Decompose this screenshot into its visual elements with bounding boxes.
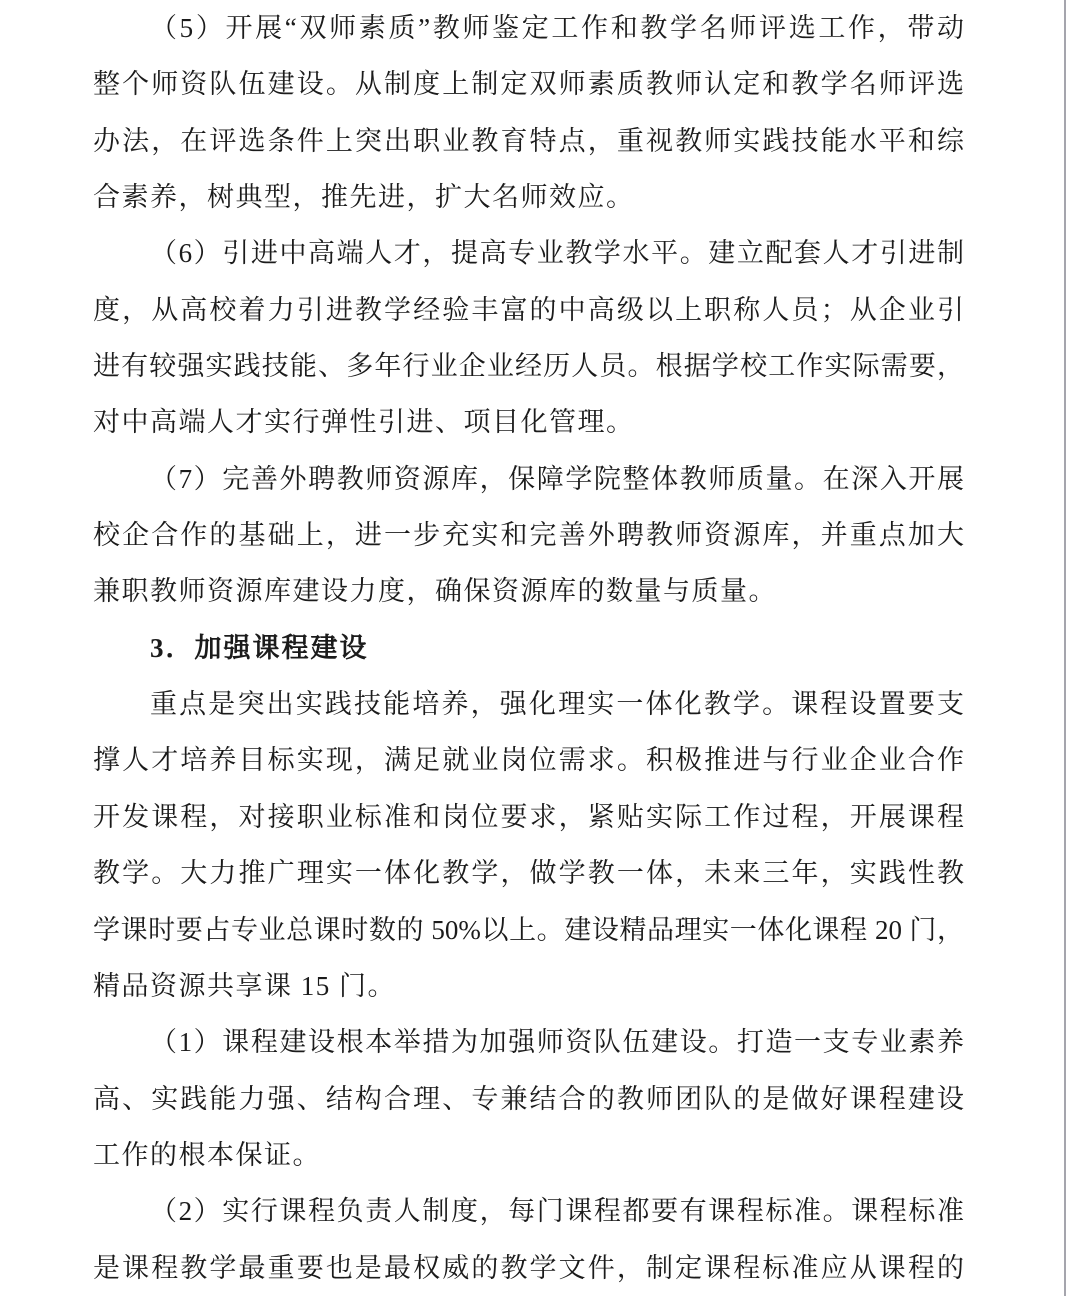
text-line: 高、实践能力强、结构合理、专兼结合的教师团队的是做好课程建设 (93, 1071, 964, 1127)
text-line: 精品资源共享课 15 门。 (93, 958, 964, 1014)
section-heading: 3．加强课程建设 (93, 620, 964, 676)
text-line: 对中高端人才实行弹性引进、项目化管理。 (93, 394, 964, 450)
text-line: （2）实行课程负责人制度，每门课程都要有课程标准。课程标准 (93, 1183, 964, 1239)
text-line: 度，从高校着力引进教学经验丰富的中高级以上职称人员；从企业引 (93, 282, 964, 338)
text-line: 是课程教学最重要也是最权威的教学文件，制定课程标准应从课程的 (93, 1240, 964, 1296)
text-line: 撑人才培养目标实现，满足就业岗位需求。积极推进与行业企业合作 (93, 732, 964, 788)
text-line: 重点是突出实践技能培养，强化理实一体化教学。课程设置要支 (93, 676, 964, 732)
text-line: 办法，在评选条件上突出职业教育特点，重视教师实践技能水平和综 (93, 113, 964, 169)
text-line: 工作的根本保证。 (93, 1127, 964, 1183)
text-line: 合素养，树典型，推先进，扩大名师效应。 (93, 169, 964, 225)
text-line: 整个师资队伍建设。从制度上制定双师素质教师认定和教学名师评选 (93, 56, 964, 112)
text-line: 兼职教师资源库建设力度，确保资源库的数量与质量。 (93, 563, 964, 619)
text-line: （7）完善外聘教师资源库，保障学院整体教师质量。在深入开展 (93, 451, 964, 507)
text-line: 校企合作的基础上，进一步充实和完善外聘教师资源库，并重点加大 (93, 507, 964, 563)
text-line: 开发课程，对接职业标准和岗位要求，紧贴实际工作过程，开展课程 (93, 789, 964, 845)
text-line: 学课时要占专业总课时数的 50%以上。建设精品理实一体化课程 20 门， (93, 902, 964, 958)
document-body: （5）开展“双师素质”教师鉴定工作和教学名师评选工作，带动 整个师资队伍建设。从… (93, 0, 964, 1296)
text-line: （5）开展“双师素质”教师鉴定工作和教学名师评选工作，带动 (93, 0, 964, 56)
text-line: （1）课程建设根本举措为加强师资队伍建设。打造一支专业素养 (93, 1014, 964, 1070)
text-line: 教学。大力推广理实一体化教学，做学教一体，未来三年，实践性教 (93, 845, 964, 901)
text-line: （6）引进中高端人才，提高专业教学水平。建立配套人才引进制 (93, 225, 964, 281)
document-page: （5）开展“双师素质”教师鉴定工作和教学名师评选工作，带动 整个师资队伍建设。从… (0, 0, 1066, 1296)
text-line: 进有较强实践技能、多年行业企业经历人员。根据学校工作实际需要， (93, 338, 964, 394)
